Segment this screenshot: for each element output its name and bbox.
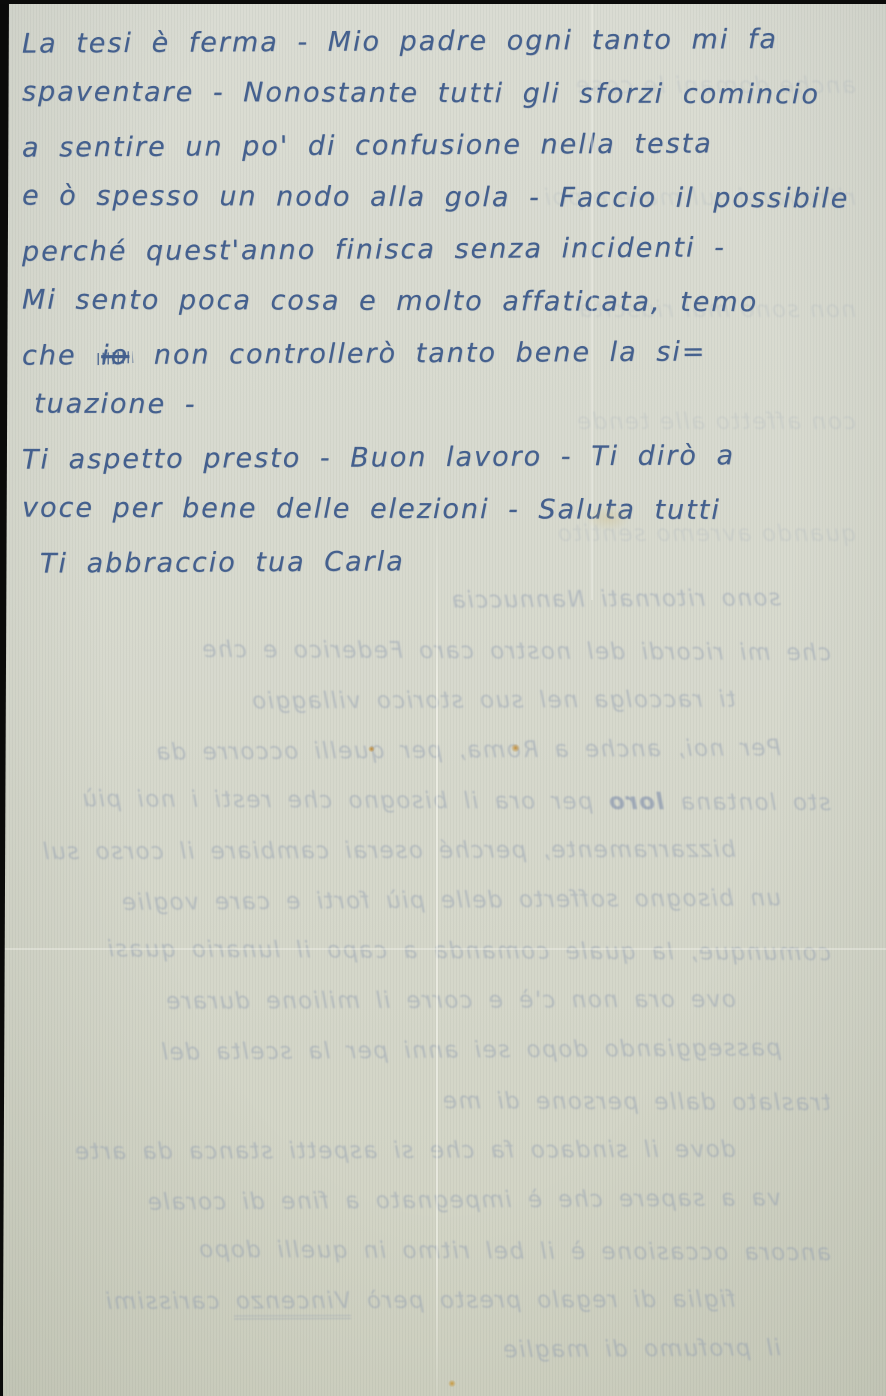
bleed-line: ove ora non c'è e corre il milione durar… — [0, 975, 736, 1028]
bleed-dark-word: loro — [608, 789, 665, 815]
bleed-line: un bisogno sofferto delle più forti e ca… — [0, 873, 781, 928]
line-fragment: non controllerò tanto bene la si= — [154, 336, 707, 370]
scan-edge-top — [0, 0, 886, 4]
crossed-out-word: io — [101, 340, 129, 371]
bleed-line: passeggiando dopo sei anni per la scelta… — [0, 1023, 781, 1078]
bleed-line: ti raccolga nel suo storico villaggio — [0, 675, 736, 728]
bleed-line: sto lontana loro per ora il bisogno che … — [0, 774, 831, 828]
line-fragment: che — [22, 340, 77, 371]
bleed-fragment: carissimi — [104, 1289, 219, 1315]
bleed-underlined-word: Vincenzo — [234, 1288, 350, 1319]
bleed-line: ancora occasione è il bel ritmo in quell… — [0, 1224, 831, 1278]
letter-line: tuazione - — [34, 379, 872, 434]
letter-line: Mi sento poca cosa e molto affaticata, t… — [22, 275, 872, 330]
bleed-line: figlia di regalo presto però Vincenzo ca… — [0, 1275, 736, 1328]
letter-line: voce per bene delle elezioni - Saluta tu… — [22, 483, 872, 538]
bleed-line: comunque, la quale comanda a capo il lun… — [0, 924, 831, 978]
bleed-line: che mi ricordi del nostro caro Federico … — [0, 624, 831, 678]
letter-line: Ti aspetto presto - Buon lavoro - Ti dir… — [22, 429, 872, 486]
letter-line: e ò spesso un nodo alla gola - Faccio il… — [22, 171, 872, 226]
letter-line: La tesi è ferma - Mio padre ogni tanto m… — [22, 13, 872, 70]
bleed-fragment: per ora il bisogno che resti i noi più — [81, 786, 593, 815]
bleed-line: bizzarramente, perché oserai cambiare il… — [0, 825, 736, 878]
bleed-line: il profumo di maglie — [0, 1323, 781, 1378]
ink-bleed-through: sono ritornati Nannuccia che mi ricordi … — [0, 576, 876, 1376]
letter-line-with-correction: che io non controllerò tanto bene la si= — [22, 325, 872, 382]
handwritten-text: La tesi è ferma - Mio padre ogni tanto m… — [22, 16, 872, 588]
signature-line: Ti abbraccio tua Carla — [40, 533, 872, 590]
bleed-line: dove il sindaco fa che si aspetti stanca… — [0, 1125, 736, 1178]
letter-line: perché quest'anno finisca senza incident… — [22, 221, 872, 278]
bleed-line: traslato dalle persone di me — [0, 1074, 831, 1128]
bleed-fragment: figlia di regalo presto però — [365, 1287, 736, 1314]
letter-line: a sentire un po' di confusione nella tes… — [22, 117, 872, 174]
letter-line: spaventare - Nonostante tutti gli sforzi… — [22, 67, 872, 122]
bleed-line: va a sapere che è impegnato a fine di co… — [0, 1173, 781, 1228]
letter-scan: anche domani le cose ritrovarsi sul mare… — [0, 0, 886, 1396]
bleed-fragment: sto lontana — [679, 789, 831, 816]
bleed-line: Per noi, anche a Roma, per quelli occorr… — [0, 723, 781, 778]
